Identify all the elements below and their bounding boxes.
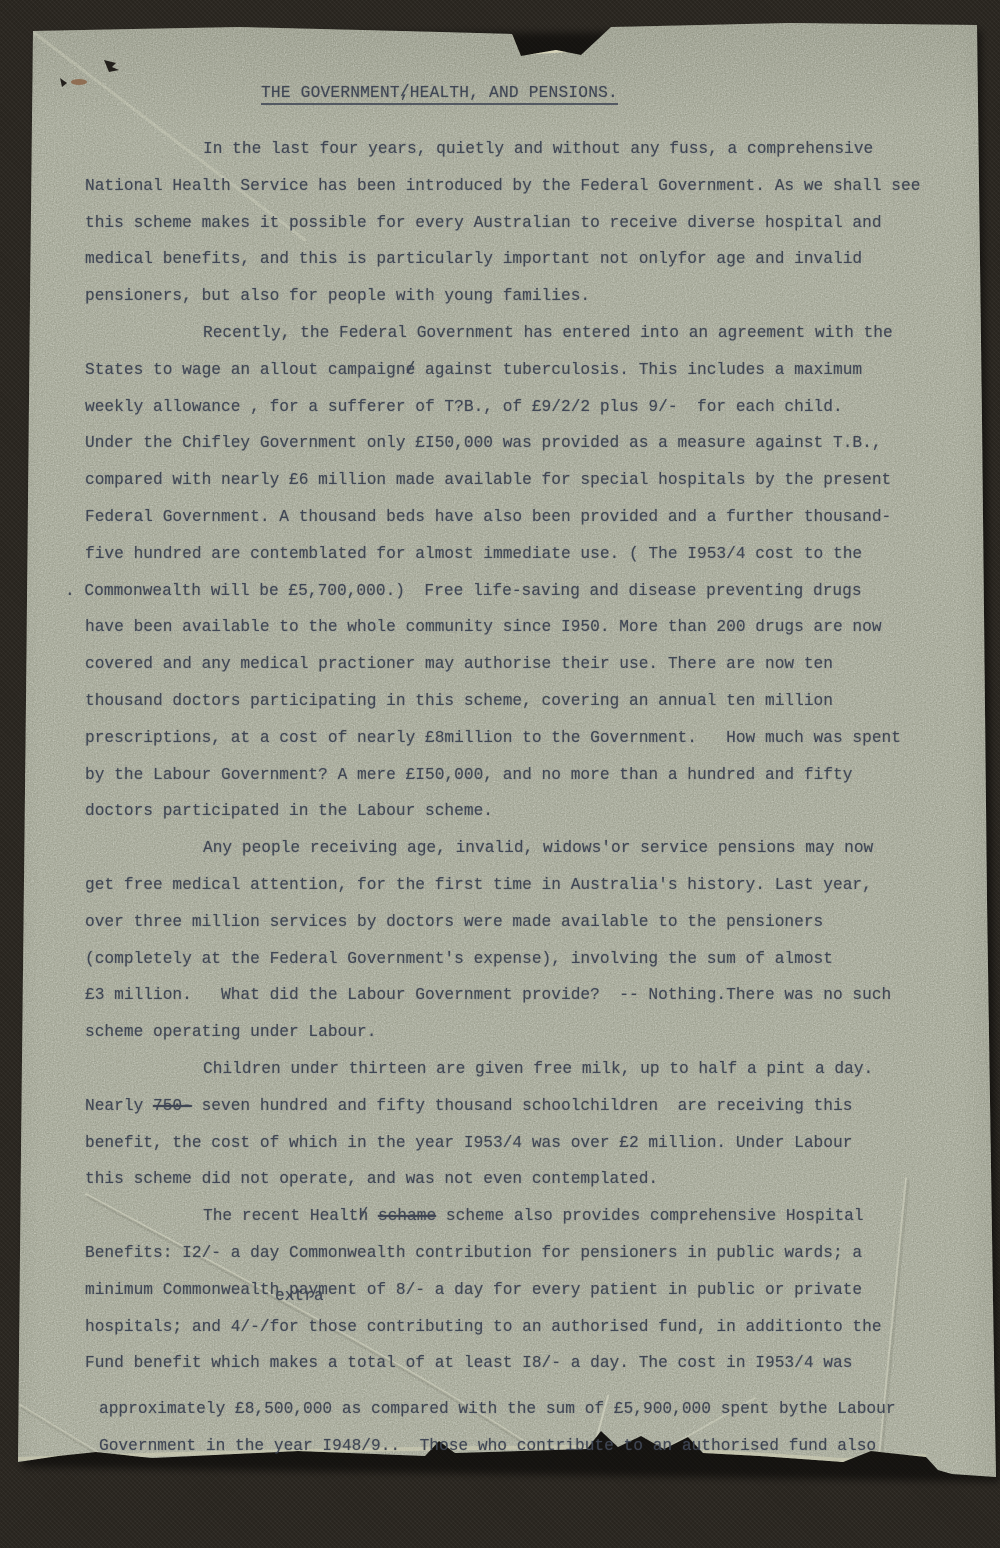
text-line: by the Labour Government? A mere £I50,00… [85,757,955,794]
text-line: have been available to the whole communi… [85,609,955,646]
text-line: extrahospitals; and 4/-/for those contri… [85,1309,955,1346]
text-line: covered and any medical practioner may a… [85,646,955,683]
text-line: approximately £8,500,000 as compared wit… [85,1391,955,1428]
text-line: Recently, the Federal Government has ent… [85,315,955,352]
scanned-page: THE GOVERNMENT,HEALTH, AND PENSIONS. In … [0,0,1000,1548]
text-line: £3 million. What did the Labour Governme… [85,977,955,1014]
text-line: weekly allowance , for a sufferer of T?B… [85,389,955,426]
text-line: Government in the year I948/9.. Those wh… [85,1428,955,1465]
text-line: minimum Commonwealth payment of 8/- a da… [85,1272,955,1309]
text-line: compared with nearly £6 million made ava… [85,462,955,499]
text-line: get free medical attention, for the firs… [85,867,955,904]
text-line: thousand doctors participating in this s… [85,683,955,720]
document-title-text: THE GOVERNMENT,HEALTH, AND PENSIONS. [261,84,618,105]
text-line: Any people receiving age, invalid, widow… [85,830,955,867]
text-line: Nearly 750- seven hundred and fifty thou… [85,1088,955,1125]
text-line: scheme operating under Labour. [85,1014,955,1051]
inserted-word: extra [275,1288,324,1304]
text-line: prescriptions, at a cost of nearly £8mil… [85,720,955,757]
text-line: . Commonwealth will be £5,700,000.) Free… [65,573,955,610]
text-line: over three million services by doctors w… [85,904,955,941]
typewritten-text-layer: THE GOVERNMENT,HEALTH, AND PENSIONS. In … [0,0,1000,1548]
text-line: (completely at the Federal Government's … [85,941,955,978]
text-line: five hundred are contemblated for almost… [85,536,955,573]
text-line: this scheme did not operate, and was not… [85,1161,955,1198]
text-line: medical benefits, and this is particular… [85,241,955,278]
text-line: The recent Health schame scheme also pro… [85,1198,955,1235]
text-line: Under the Chifley Government only £I50,0… [85,425,955,462]
text-line: pensioners, but also for people with you… [85,278,955,315]
text-line: Benefits: I2/- a day Commonwealth contri… [85,1235,955,1272]
text-line: In the last four years, quietly and with… [85,131,955,168]
document-title: THE GOVERNMENT,HEALTH, AND PENSIONS. [85,84,618,105]
text-line: Children under thirteen are given free m… [85,1051,955,1088]
text-line: doctors participated in the Labour schem… [85,793,955,830]
text-line: Federal Government. A thousand beds have… [85,499,955,536]
text-line: National Health Service has been introdu… [85,168,955,205]
document-body: In the last four years, quietly and with… [85,131,955,1465]
text-line: States to wage an allout campaigne again… [85,352,955,389]
text-line: Fund benefit which makes a total of at l… [85,1345,955,1382]
text-line: benefit, the cost of which in the year I… [85,1125,955,1162]
text-line: this scheme makes it possible for every … [85,205,955,242]
